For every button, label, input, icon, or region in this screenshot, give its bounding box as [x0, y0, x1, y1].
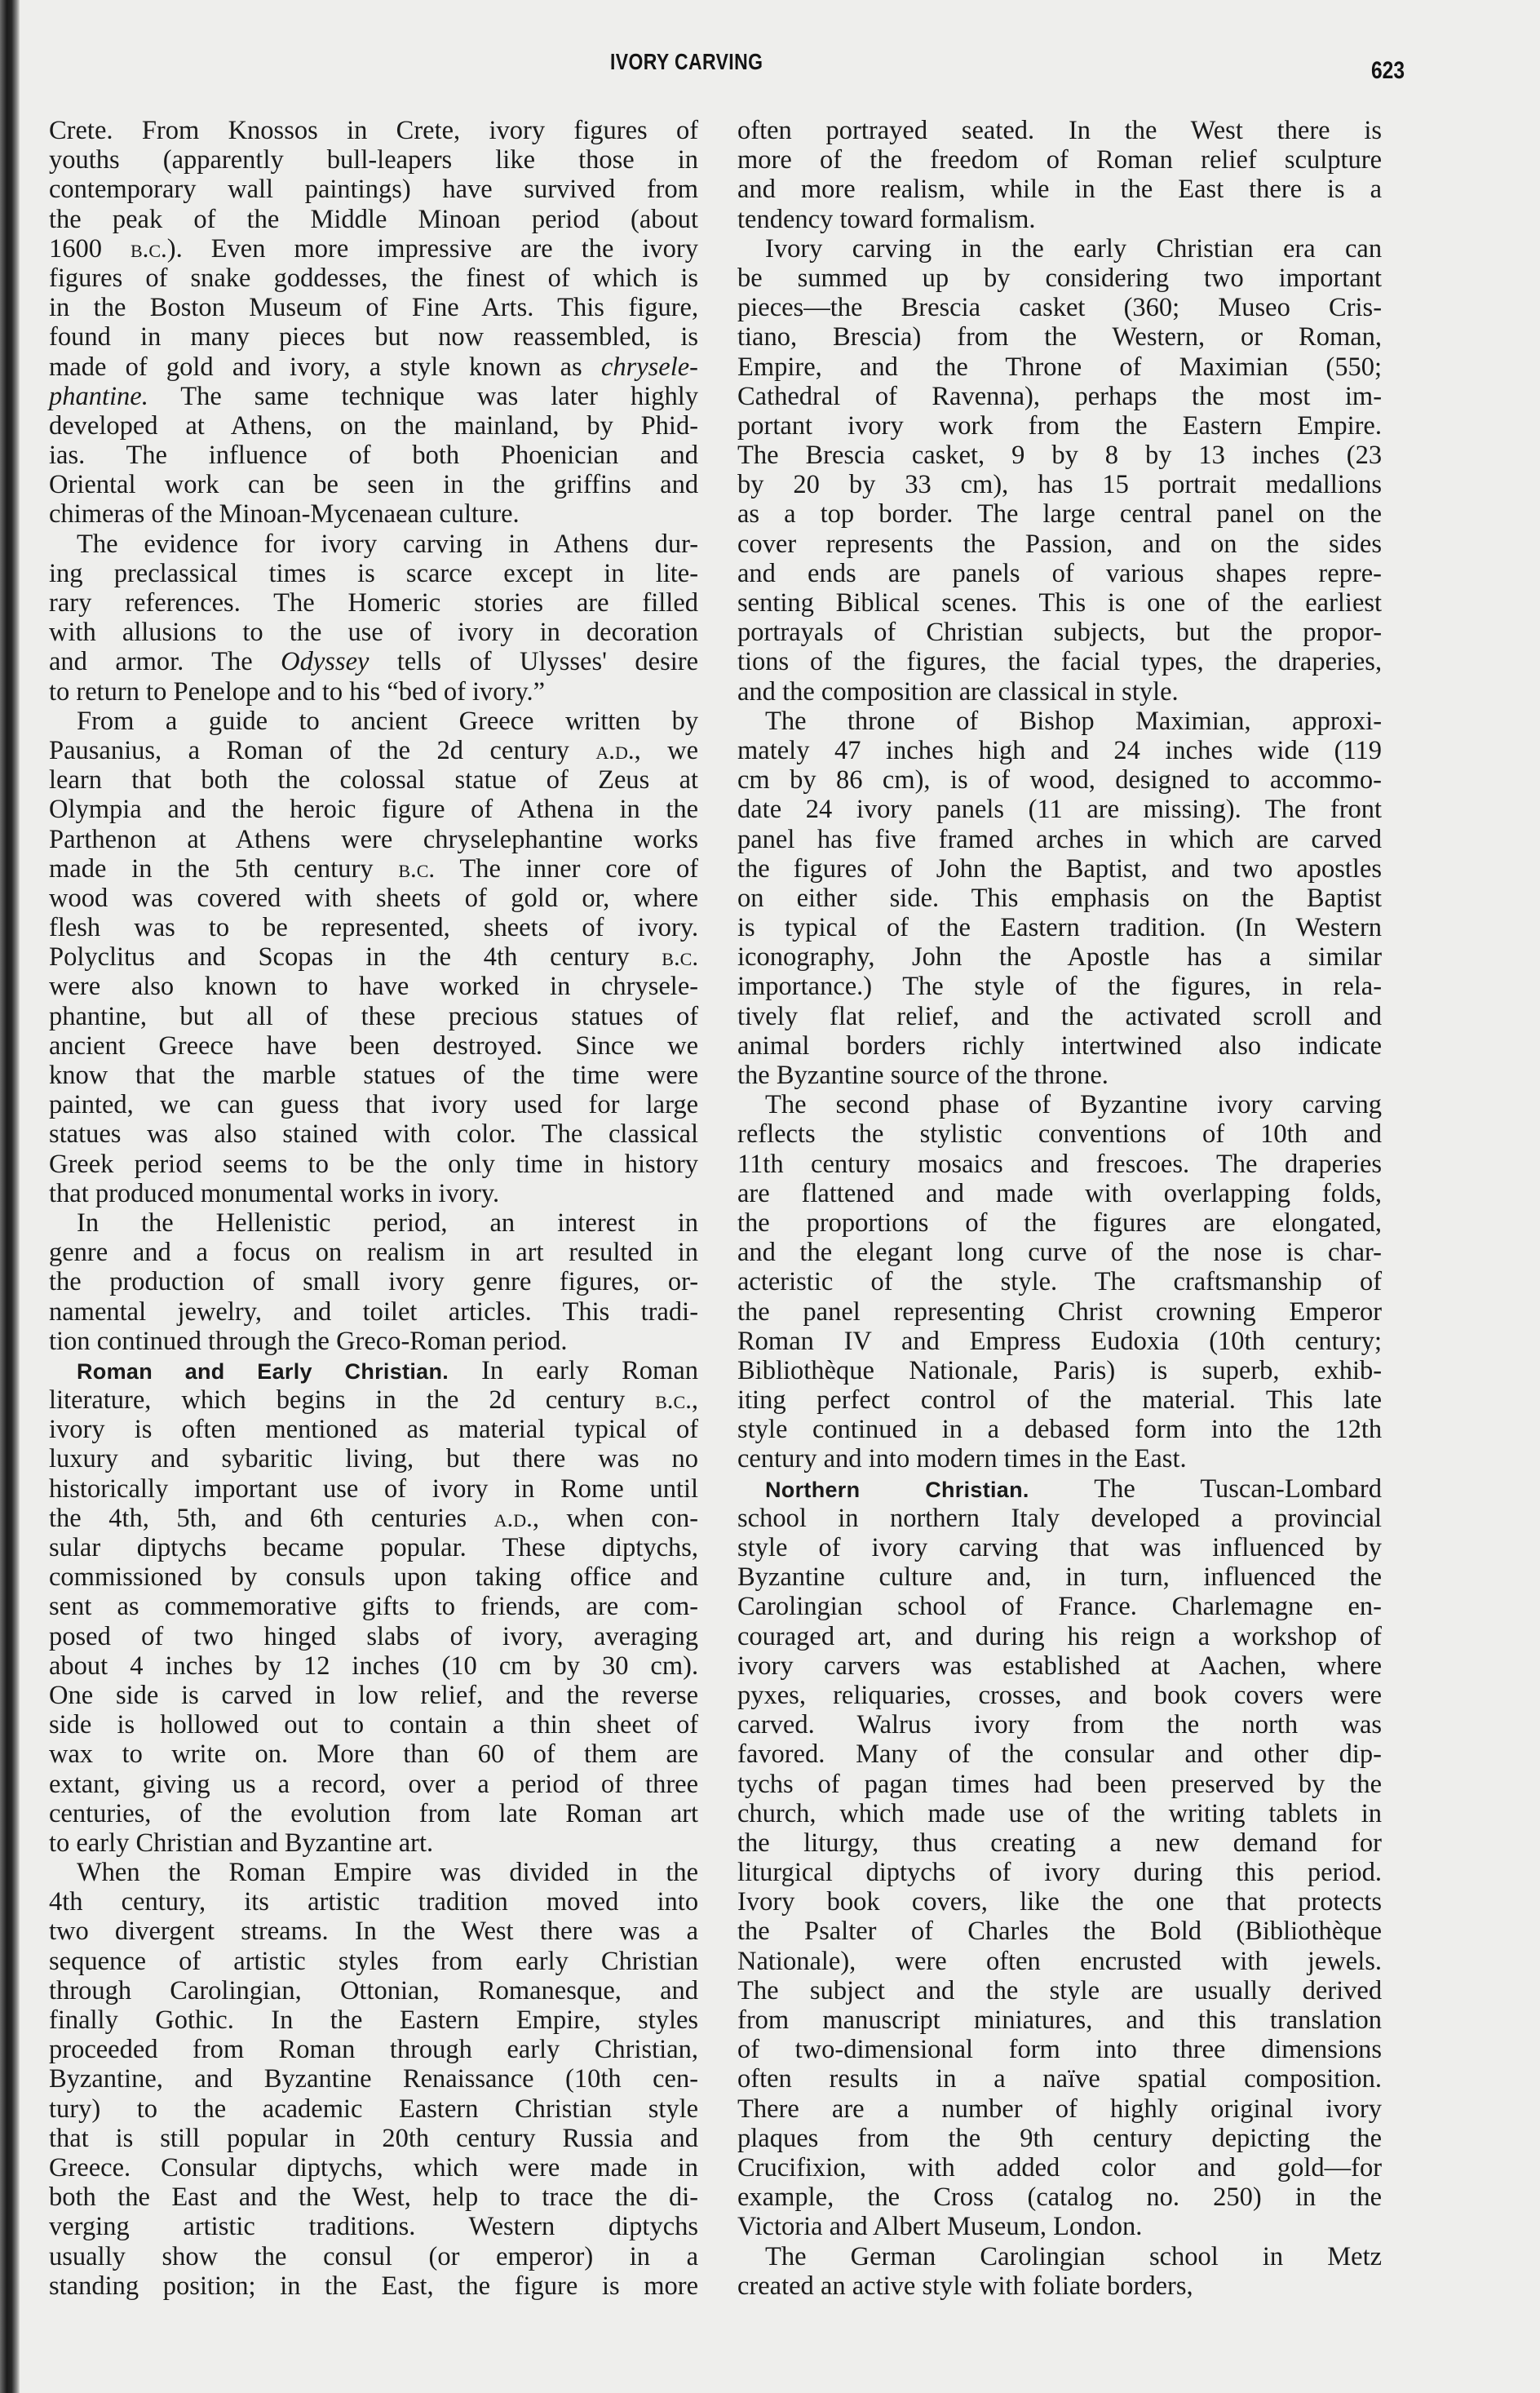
text-line: The German Carolingian school in Metz [737, 2242, 1382, 2271]
text-line: more of the freedom of Roman relief scul… [737, 145, 1382, 175]
text-line: be summed up by considering two importan… [737, 264, 1382, 293]
running-title: IVORY CARVING [610, 49, 763, 75]
text-line: iconography, John the Apostle has a simi… [737, 942, 1382, 972]
text-line: proceeded from Roman through early Chris… [49, 2035, 698, 2064]
text-line: sequence of artistic styles from early C… [49, 1947, 698, 1976]
text-line: The subject and the style are usually de… [737, 1976, 1382, 2005]
text-line: statues was also stained with color. The… [49, 1119, 698, 1149]
text-line: contemporary wall paintings) have surviv… [49, 175, 698, 204]
text-line: sular diptychs became popular. These dip… [49, 1533, 698, 1562]
text-line: There are a number of highly original iv… [737, 2094, 1382, 2124]
text-line: the figures of John the Baptist, and two… [737, 854, 1382, 884]
text-line: the Psalter of Charles the Bold (Bibliot… [737, 1917, 1382, 1946]
text-line: acteristic of the style. The craftsmansh… [737, 1267, 1382, 1296]
text-line: mately 47 inches high and 24 inches wide… [737, 736, 1382, 765]
text-line: rary references. The Homeric stories are… [49, 588, 698, 618]
text-line: learn that both the colossal statue of Z… [49, 765, 698, 795]
text-line: church, which made use of the writing ta… [737, 1799, 1382, 1828]
text-line: that produced monumental works in ivory. [49, 1179, 698, 1208]
text-line: as a top border. The large central panel… [737, 499, 1382, 529]
text-line: Greek period seems to be the only time i… [49, 1150, 698, 1179]
text-line: developed at Athens, on the mainland, by… [49, 411, 698, 441]
text-line: the peak of the Middle Minoan period (ab… [49, 205, 698, 234]
text-line: 1600 B.C.). Even more impressive are the… [49, 234, 698, 264]
text-line: extant, giving us a record, over a perio… [49, 1770, 698, 1799]
text-line: phantine. The same technique was later h… [49, 382, 698, 411]
text-line: couraged art, and during his reign a wor… [737, 1622, 1382, 1651]
text-line: portant ivory work from the Eastern Empi… [737, 411, 1382, 441]
text-line: Ivory book covers, like the one that pro… [737, 1887, 1382, 1917]
text-line: style of ivory carving that was influenc… [737, 1533, 1382, 1562]
text-line: Pausanius, a Roman of the 2d century A.D… [49, 736, 698, 765]
text-line: tendency toward formalism. [737, 205, 1382, 234]
text-line: importance.) The style of the figures, i… [737, 972, 1382, 1001]
text-line: Roman and Early Christian. In early Roma… [49, 1356, 698, 1385]
text-line: favored. Many of the consular and other … [737, 1739, 1382, 1769]
text-line: school in northern Italy developed a pro… [737, 1504, 1382, 1533]
text-line: ing preclassical times is scarce except … [49, 559, 698, 588]
text-line: Polyclitus and Scopas in the 4th century… [49, 942, 698, 972]
text-line: Northern Christian. The Tuscan-Lombard [737, 1474, 1382, 1504]
text-line: wood was covered with sheets of gold or,… [49, 884, 698, 913]
text-line: of two-dimensional form into three dimen… [737, 2035, 1382, 2064]
text-line: the panel representing Christ crowning E… [737, 1297, 1382, 1327]
running-head: IVORY CARVING 623 [20, 49, 1540, 82]
text-line: about 4 inches by 12 inches (10 cm by 30… [49, 1651, 698, 1681]
text-line: animal borders richly intertwined also i… [737, 1031, 1382, 1061]
text-line: Crucifixion, with added color and gold—f… [737, 2153, 1382, 2183]
text-line: literature, which begins in the 2d centu… [49, 1385, 698, 1415]
text-line: were also known to have worked in chryse… [49, 972, 698, 1001]
text-line: youths (apparently bull-leapers like tho… [49, 145, 698, 175]
text-line: flesh was to be represented, sheets of i… [49, 913, 698, 942]
text-line: ivory is often mentioned as material typ… [49, 1415, 698, 1444]
book-page: IVORY CARVING 623 Crete. From Knossos in… [20, 0, 1540, 2393]
text-line: tiano, Brescia) from the Western, or Rom… [737, 322, 1382, 352]
text-line: Olympia and the heroic figure of Athena … [49, 795, 698, 824]
text-line: Bibliothèque Nationale, Paris) is superb… [737, 1356, 1382, 1385]
text-line: Byzantine, and Byzantine Renaissance (10… [49, 2064, 698, 2094]
text-line: pyxes, reliquaries, crosses, and book co… [737, 1681, 1382, 1710]
text-line: finally Gothic. In the Eastern Empire, s… [49, 2005, 698, 2035]
text-line: example, the Cross (catalog no. 250) in … [737, 2183, 1382, 2212]
text-line: is typical of the Eastern tradition. (In… [737, 913, 1382, 942]
text-line: and the composition are classical in sty… [737, 677, 1382, 707]
text-line: made in the 5th century B.C. The inner c… [49, 854, 698, 884]
text-line: The Brescia casket, 9 by 8 by 13 inches … [737, 441, 1382, 470]
text-line: panel has five framed arches in which ar… [737, 825, 1382, 854]
text-line: with allusions to the use of ivory in de… [49, 618, 698, 647]
text-line: sent as commemorative gifts to friends, … [49, 1592, 698, 1621]
text-line: created an active style with foliate bor… [737, 2271, 1382, 2301]
text-line: chimeras of the Minoan-Mycenaean culture… [49, 499, 698, 529]
text-line: pieces—the Brescia casket (360; Museo Cr… [737, 293, 1382, 322]
book-gutter-shadow [0, 0, 20, 2393]
section-heading: Northern Christian. [765, 1478, 1029, 1502]
text-line: plaques from the 9th century depicting t… [737, 2124, 1382, 2153]
text-line: standing position; in the East, the figu… [49, 2271, 698, 2301]
text-line: Ivory carving in the early Christian era… [737, 234, 1382, 264]
text-line: Cathedral of Ravenna), perhaps the most … [737, 382, 1382, 411]
text-line: centuries, of the evolution from late Ro… [49, 1799, 698, 1828]
text-line: cm by 86 cm), is of wood, designed to ac… [737, 765, 1382, 795]
text-line: from manuscript miniatures, and this tra… [737, 2005, 1382, 2035]
text-line: wax to write on. More than 60 of them ar… [49, 1739, 698, 1769]
text-line: The throne of Bishop Maximian, approxi- [737, 707, 1382, 736]
text-line: ancient Greece have been destroyed. Sinc… [49, 1031, 698, 1061]
text-line: the liturgy, thus creating a new demand … [737, 1828, 1382, 1858]
text-line: through Carolingian, Ottonian, Romanesqu… [49, 1976, 698, 2005]
text-line: date 24 ivory panels (11 are missing). T… [737, 795, 1382, 824]
text-line: liturgical diptychs of ivory during this… [737, 1858, 1382, 1887]
text-line: in the Boston Museum of Fine Arts. This … [49, 293, 698, 322]
text-line: know that the marble statues of the time… [49, 1061, 698, 1090]
text-line: phantine, but all of these precious stat… [49, 1002, 698, 1031]
text-line: iting perfect control of the material. T… [737, 1385, 1382, 1415]
text-line: and ends are panels of various shapes re… [737, 559, 1382, 588]
text-line: tychs of pagan times had been preserved … [737, 1770, 1382, 1799]
text-line: Parthenon at Athens were chryselephantin… [49, 825, 698, 854]
text-line: commissioned by consuls upon taking offi… [49, 1562, 698, 1592]
text-line: verging artistic traditions. Western dip… [49, 2212, 698, 2241]
text-line: painted, we can guess that ivory used fo… [49, 1090, 698, 1119]
left-column: Crete. From Knossos in Crete, ivory figu… [49, 116, 698, 2301]
text-line: Nationale), were often encrusted with je… [737, 1947, 1382, 1976]
text-line: century and into modern times in the Eas… [737, 1444, 1382, 1473]
text-line: ivory carvers was established at Aachen,… [737, 1651, 1382, 1681]
text-line: The evidence for ivory carving in Athens… [49, 530, 698, 559]
text-line: two divergent streams. In the West there… [49, 1917, 698, 1946]
text-line: and the elegant long curve of the nose i… [737, 1238, 1382, 1267]
text-line: ias. The influence of both Phoenician an… [49, 441, 698, 470]
text-line: 11th century mosaics and frescoes. The d… [737, 1150, 1382, 1179]
text-line: tury) to the academic Eastern Christian … [49, 2094, 698, 2124]
text-line: When the Roman Empire was divided in the [49, 1858, 698, 1887]
text-line: side is hollowed out to contain a thin s… [49, 1710, 698, 1739]
text-line: portrayals of Christian subjects, but th… [737, 618, 1382, 647]
text-line: historically important use of ivory in R… [49, 1474, 698, 1504]
text-line: usually show the consul (or emperor) in … [49, 2242, 698, 2271]
text-line: luxury and sybaritic living, but there w… [49, 1444, 698, 1473]
text-line: genre and a focus on realism in art resu… [49, 1238, 698, 1267]
text-line: the Byzantine source of the throne. [737, 1061, 1382, 1090]
text-line: Carolingian school of France. Charlemagn… [737, 1592, 1382, 1621]
text-line: senting Biblical scenes. This is one of … [737, 588, 1382, 618]
text-line: style continued in a debased form into t… [737, 1415, 1382, 1444]
text-line: are flattened and made with overlapping … [737, 1179, 1382, 1208]
text-line: carved. Walrus ivory from the north was [737, 1710, 1382, 1739]
text-line: namental jewelry, and toilet articles. T… [49, 1297, 698, 1327]
text-line: often portrayed seated. In the West ther… [737, 116, 1382, 145]
text-line: both the East and the West, help to trac… [49, 2183, 698, 2212]
text-line: posed of two hinged slabs of ivory, aver… [49, 1622, 698, 1651]
text-line: often results in a naïve spatial composi… [737, 2064, 1382, 2094]
text-line: Byzantine culture and, in turn, influenc… [737, 1562, 1382, 1592]
section-heading: Roman and Early Christian. [77, 1359, 449, 1384]
text-line: figures of snake goddesses, the finest o… [49, 264, 698, 293]
text-line: that is still popular in 20th century Ru… [49, 2124, 698, 2153]
text-line: 4th century, its artistic tradition move… [49, 1887, 698, 1917]
text-line: The second phase of Byzantine ivory carv… [737, 1090, 1382, 1119]
text-line: found in many pieces but now reassembled… [49, 322, 698, 352]
text-line: Victoria and Albert Museum, London. [737, 2212, 1382, 2241]
text-line: One side is carved in low relief, and th… [49, 1681, 698, 1710]
page-number: 623 [1371, 57, 1405, 85]
text-line: the proportions of the figures are elong… [737, 1208, 1382, 1238]
text-line: reflects the stylistic conventions of 10… [737, 1119, 1382, 1149]
text-line: by 20 by 33 cm), has 15 portrait medalli… [737, 470, 1382, 499]
text-line: Oriental work can be seen in the griffin… [49, 470, 698, 499]
text-line: tions of the figures, the facial types, … [737, 647, 1382, 676]
text-line: Empire, and the Throne of Maximian (550; [737, 352, 1382, 382]
text-line: the 4th, 5th, and 6th centuries A.D., wh… [49, 1504, 698, 1533]
text-line: made of gold and ivory, a style known as… [49, 352, 698, 382]
text-line: Greece. Consular diptychs, which were ma… [49, 2153, 698, 2183]
text-line: cover represents the Passion, and on the… [737, 530, 1382, 559]
text-line: From a guide to ancient Greece written b… [49, 707, 698, 736]
text-line: tively flat relief, and the activated sc… [737, 1002, 1382, 1031]
text-line: Crete. From Knossos in Crete, ivory figu… [49, 116, 698, 145]
text-line: tion continued through the Greco-Roman p… [49, 1327, 698, 1356]
text-line: In the Hellenistic period, an interest i… [49, 1208, 698, 1238]
text-line: and armor. The Odyssey tells of Ulysses'… [49, 647, 698, 676]
text-line: to early Christian and Byzantine art. [49, 1828, 698, 1858]
text-line: the production of small ivory genre figu… [49, 1267, 698, 1296]
text-line: to return to Penelope and to his “bed of… [49, 677, 698, 707]
text-line: on either side. This emphasis on the Bap… [737, 884, 1382, 913]
text-line: and more realism, while in the East ther… [737, 175, 1382, 204]
right-column: often portrayed seated. In the West ther… [737, 116, 1382, 2301]
text-line: Roman IV and Empress Eudoxia (10th centu… [737, 1327, 1382, 1356]
